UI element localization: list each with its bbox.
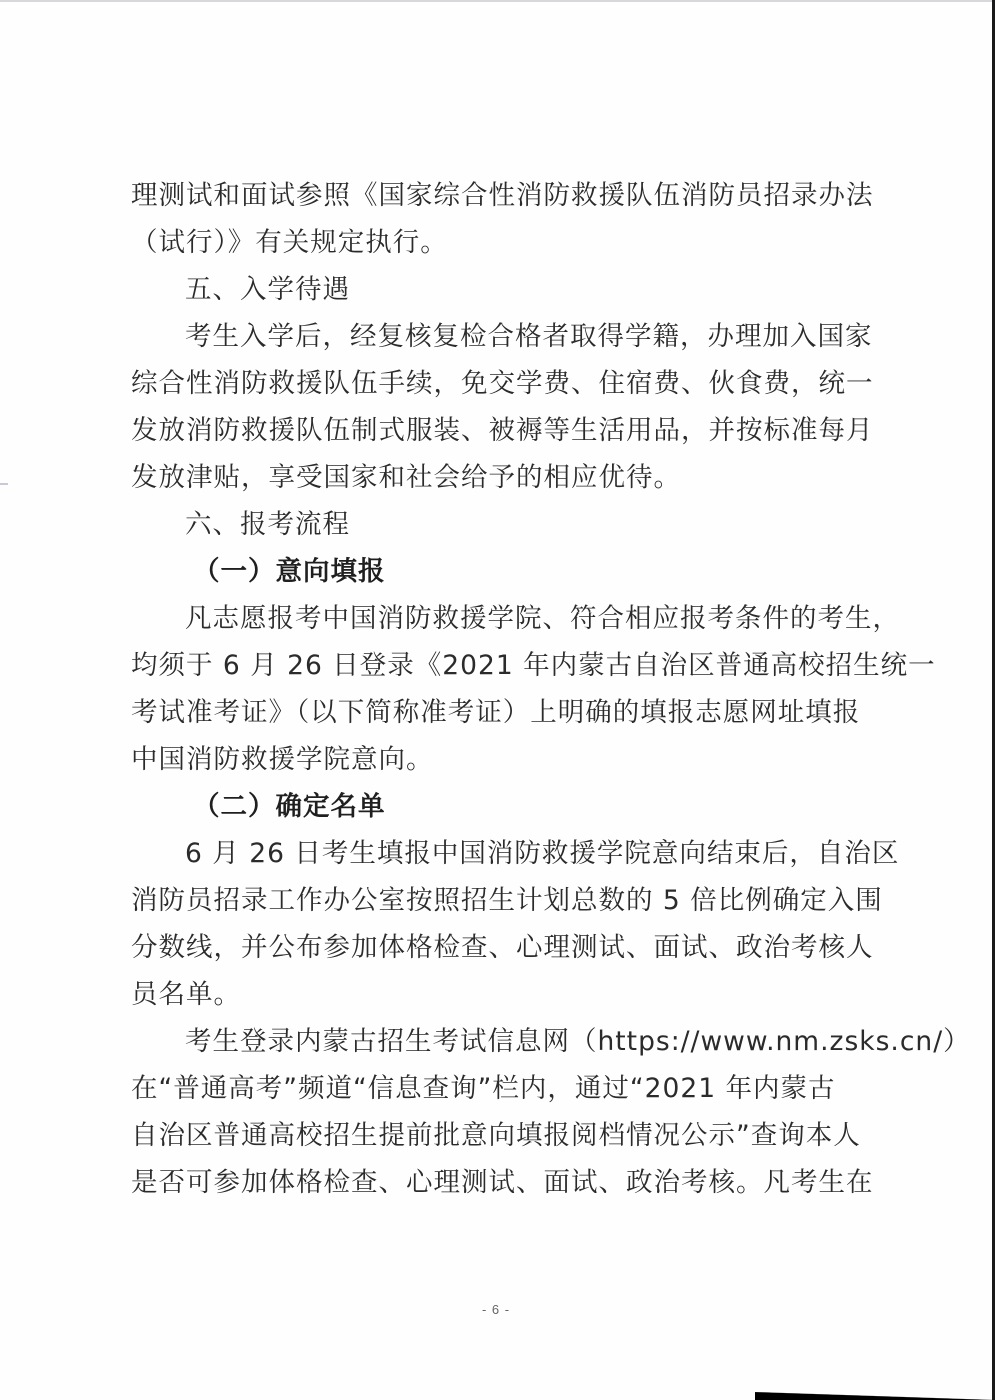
paragraph-line: 自治区普通高校招生提前批意向填报阅档情况公示”查询本人	[131, 1112, 861, 1159]
paragraph-line: 发放津贴，享受国家和社会给予的相应优待。	[131, 454, 861, 501]
paragraph-line-with-url: 考生登录内蒙古招生考试信息网（https://www.nm.zsks.cn/）	[131, 1018, 861, 1065]
subsection-heading-intent-filing: （一）意向填报	[131, 548, 861, 595]
paragraph-line: 综合性消防救援队伍手续，免交学费、住宿费、伙食费，统一	[131, 360, 861, 407]
paragraph-line: 6 月 26 日考生填报中国消防救援学院意向结束后，自治区	[131, 830, 861, 877]
paragraph-line: 员名单。	[131, 971, 861, 1018]
subsection-heading-confirm-list: （二）确定名单	[131, 783, 861, 830]
paragraph-line: 中国消防救援学院意向。	[131, 736, 861, 783]
paragraph-line: 考试准考证》（以下简称准考证）上明确的填报志愿网址填报	[131, 689, 861, 736]
paragraph-line: （试行）》有关规定执行。	[131, 219, 861, 266]
paragraph-line: 分数线，并公布参加体格检查、心理测试、面试、政治考核人	[131, 924, 861, 971]
paragraph-line: 考生入学后，经复核复检合格者取得学籍，办理加入国家	[131, 313, 861, 360]
document-body: 理测试和面试参照《国家综合性消防救援队伍消防员招录办法 （试行）》有关规定执行。…	[131, 172, 861, 1206]
paragraph-line: 消防员招录工作办公室按照招生计划总数的 5 倍比例确定入围	[131, 877, 861, 924]
paragraph-line: 是否可参加体格检查、心理测试、面试、政治考核。凡考生在	[131, 1159, 861, 1206]
section-heading-six: 六、报考流程	[131, 501, 861, 548]
scan-corner-shadow	[755, 1392, 995, 1400]
paragraph-line: 发放消防救援队伍制式服装、被褥等生活用品，并按标准每月	[131, 407, 861, 454]
document-page: 理测试和面试参照《国家综合性消防救援队伍消防员招录办法 （试行）》有关规定执行。…	[0, 0, 992, 1400]
section-heading-five: 五、入学待遇	[131, 266, 861, 313]
page-number: - 6 -	[0, 1302, 992, 1317]
paragraph-line: 在“普通高考”频道“信息查询”栏内，通过“2021 年内蒙古	[131, 1065, 861, 1112]
scan-artifact-mark	[0, 483, 8, 485]
paragraph-line: 理测试和面试参照《国家综合性消防救援队伍消防员招录办法	[131, 172, 861, 219]
paragraph-line: 均须于 6 月 26 日登录《2021 年内蒙古自治区普通高校招生统一	[131, 642, 861, 689]
paragraph-line: 凡志愿报考中国消防救援学院、符合相应报考条件的考生，	[131, 595, 861, 642]
